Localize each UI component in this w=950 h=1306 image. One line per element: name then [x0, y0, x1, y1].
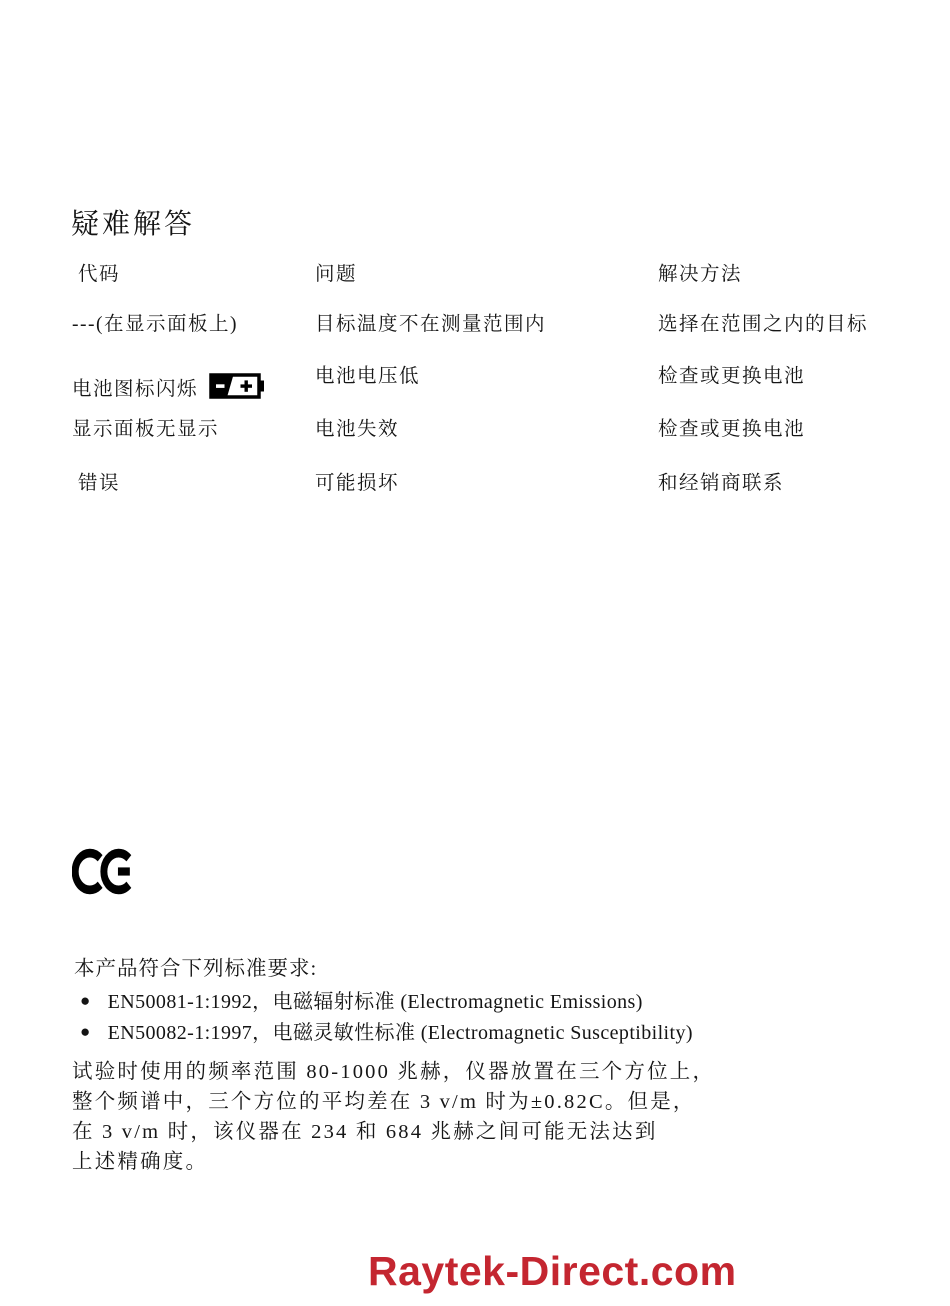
table-cell-problem: 可能损坏: [315, 467, 658, 493]
table-cell-code: ---(在显示面板上): [72, 308, 315, 360]
table-cell-code: 显示面板无显示: [72, 413, 315, 467]
column-header-code: 代码: [72, 258, 315, 308]
table-cell-code: 电池图标闪烁: [72, 360, 315, 413]
table-cell-problem: 目标温度不在测量范围内: [315, 308, 658, 360]
battery-low-icon: [209, 373, 265, 399]
troubleshooting-table: 代码 问题 解决方法 ---(在显示面板上) 目标温度不在测量范围内 选择在范围…: [72, 258, 892, 493]
test-conditions-paragraph: 试验时使用的频率范围 80-1000 兆赫，仪器放置在三个方位上， 整个频谱中，…: [72, 1057, 715, 1177]
table-cell-solution: 检查或更换电池: [658, 360, 892, 413]
compliance-bullet-text: EN50081-1:1992，电磁辐射标准 (Electromagnetic E…: [108, 985, 643, 1014]
paragraph-line: 整个频谱中，三个方位的平均差在 3 v/m 时为±0.82C。但是，: [72, 1087, 715, 1117]
column-header-solution: 解决方法: [658, 258, 892, 308]
compliance-bullet-item: ● EN50082-1:1997，电磁灵敏性标准 (Electromagneti…: [80, 1016, 693, 1045]
compliance-bullet-item: ● EN50081-1:1992，电磁辐射标准 (Electromagnetic…: [80, 985, 643, 1014]
table-cell-solution: 和经销商联系: [658, 467, 892, 493]
paragraph-line: 上述精确度。: [72, 1147, 715, 1177]
compliance-intro: 本产品符合下列标准要求:: [74, 951, 317, 981]
compliance-bullet-text: EN50082-1:1997，电磁灵敏性标准 (Electromagnetic …: [108, 1016, 693, 1045]
bullet-dot-icon: ●: [80, 991, 91, 1011]
table-cell-solution: 选择在范围之内的目标: [658, 308, 892, 360]
page-title: 疑难解答: [71, 202, 195, 242]
ce-certification-mark-icon: [72, 848, 136, 895]
paragraph-line: 试验时使用的频率范围 80-1000 兆赫，仪器放置在三个方位上，: [72, 1057, 715, 1087]
table-cell-problem: 电池电压低: [315, 360, 658, 413]
table-cell-solution: 检查或更换电池: [658, 413, 892, 467]
column-header-problem: 问题: [315, 258, 658, 308]
paragraph-line: 在 3 v/m 时，该仪器在 234 和 684 兆赫之间可能无法达到: [72, 1117, 715, 1147]
brand-watermark: Raytek-Direct.com: [368, 1248, 737, 1295]
bullet-dot-icon: ●: [80, 1022, 91, 1042]
table-cell-problem: 电池失效: [315, 413, 658, 467]
table-cell-code: 错误: [72, 467, 315, 493]
table-cell-code-label: 电池图标闪烁: [72, 373, 198, 401]
document-page: 疑难解答 代码 问题 解决方法 ---(在显示面板上) 目标温度不在测量范围内 …: [0, 0, 950, 1306]
